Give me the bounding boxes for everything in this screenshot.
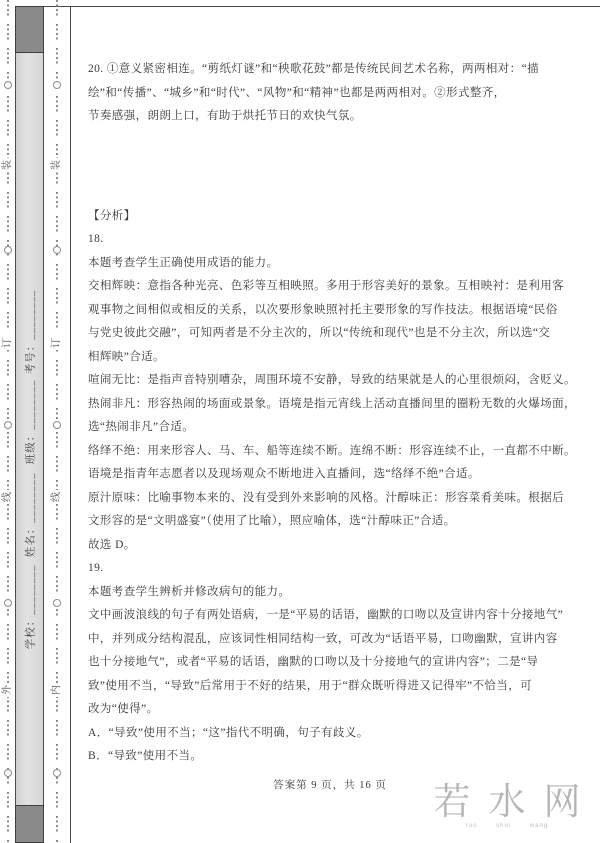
text-line: 本题考查学生正确使用成语的能力。 [88, 252, 572, 276]
text-line: 20. ①意义紧密相连。“剪纸灯谜”和“秧歌花鼓”都是传统民间艺术名称，两两相对… [88, 58, 572, 82]
binding-line-char: 装 [2, 158, 14, 172]
binding-line-circle [4, 421, 12, 429]
text-line: 18. [88, 228, 572, 252]
paragraph: 本题考查学生辨析并修改病句的能力。 [88, 581, 572, 605]
text-line: 改为“使得”。 [88, 698, 572, 722]
text-line: 节奏感强，朗朗上口，有助于烘托节日的欢快气氛。 [88, 105, 572, 129]
text-line: 文中画波浪线的句子有两处语病，一是“平易的话语，幽默的口吻以及宣讲内容十分接地气… [88, 604, 572, 628]
answer-sheet-page: { "margin": { "spine_labels": [ "考号：____… [0, 0, 600, 843]
text-line: 文形容的是“文明盛宴”（使用了比喻），照应喻体，选“汁醇味正”合适。 [88, 510, 572, 534]
binding-line-circle [53, 421, 61, 429]
paragraph: 19. [88, 557, 572, 581]
binding-line-char: 订 [2, 336, 14, 350]
binding-line-circle [4, 599, 12, 607]
paragraph: 文中画波浪线的句子有两处语病，一是“平易的话语，幽默的口吻以及宣讲内容十分接地气… [88, 604, 572, 722]
binding-line-circle [53, 599, 61, 607]
text-line: 选“热闹非凡”合适。 [88, 416, 572, 440]
text-line: 热闹非凡：形容热闹的场面或景象。语境是指元宵线上活动直播间里的圈粉无数的火爆场面… [88, 393, 572, 417]
paragraph: 热闹非凡：形容热闹的场面或景象。语境是指元宵线上活动直播间里的圈粉无数的火爆场面… [88, 393, 572, 440]
text-line: 【分析】 [88, 205, 572, 229]
text-line: A．“导致”使用不当；“这”指代不明确，句子有歧义。 [88, 722, 572, 746]
page-number: 答案第 9 页，共 16 页 [88, 777, 572, 792]
text-line: 也十分接地气”，或者“平易的话语，幽默的口吻以及十分接地气的宣讲内容”；二是“导 [88, 651, 572, 675]
binding-line-char: 外 [2, 683, 14, 697]
paragraph: 络绎不绝：用来形容人、马、车、船等连续不断。连绵不断：形容连续不止，一直都不中断… [88, 440, 572, 487]
paragraph: 【分析】 [88, 205, 572, 229]
binding-spine: 考号：________班级：________姓名：________学校：____… [15, 6, 44, 843]
text-line: 交相辉映：意指各种光亮、色彩等互相映照。多用于形容美好的景象。互相映衬：是利用客 [88, 275, 572, 299]
text-line: 相辉映”合适。 [88, 346, 572, 370]
binding-line-inner: 装订线内 [56, 0, 58, 843]
binding-line-char: 订 [51, 336, 63, 350]
binding-line-circle [53, 246, 61, 254]
spine-top-block [15, 6, 44, 53]
binding-line-circle [4, 246, 12, 254]
text-line: 中，并列成分结构混乱，应该词性相同结构一致，可改为“话语平易，口吻幽默，宣讲内容 [88, 628, 572, 652]
text-line: 喧闹无比：是指声音特别嘈杂，周围环境不安静，导致的结果就是人的心里很烦闷，含贬义… [88, 369, 572, 393]
paragraph: 交相辉映：意指各种光亮、色彩等互相映照。多用于形容美好的景象。互相映衬：是利用客… [88, 275, 572, 369]
text-line: 络绎不绝：用来形容人、马、车、船等连续不断。连绵不断：形容连续不止，一直都不中断… [88, 440, 572, 464]
paragraph: 18. [88, 228, 572, 252]
binding-line-char: 线 [51, 490, 63, 504]
text-line: 绘”和“传播”、“城乡”和“时代”、“风物”和“精神”也都是两两相对。②形式整齐… [88, 82, 572, 106]
text-line: 观事物之间相似或相反的关系，以次要形象映照衬托主要形象的写作技法。根据语境“民俗 [88, 299, 572, 323]
text-line: 与党史彼此交融”，可知两者是不分主次的，所以“传统和现代”也是不分主次，所以选“… [88, 322, 572, 346]
paragraph: 故选 D。 [88, 534, 572, 558]
paragraph: 20. ①意义紧密相连。“剪纸灯谜”和“秧歌花鼓”都是传统民间艺术名称，两两相对… [88, 58, 572, 129]
paragraph: 喧闹无比：是指声音特别嘈杂，周围环境不安静，导致的结果就是人的心里很烦闷，含贬义… [88, 369, 572, 393]
paragraph: 原汁原味：比喻事物本来的、没有受到外来影响的风格。汁醇味正：形容菜肴美味。根据后… [88, 487, 572, 534]
binding-line-circle [4, 81, 12, 89]
text-line: 19. [88, 557, 572, 581]
binding-line-outer: 装订线外 [7, 0, 9, 843]
binding-line-char: 内 [51, 683, 63, 697]
text-line: 故选 D。 [88, 534, 572, 558]
spine-bottom-block [15, 805, 44, 843]
paragraph: B．“导致”使用不当。 [88, 745, 572, 769]
text-line: 本题考查学生辨析并修改病句的能力。 [88, 581, 572, 605]
binding-line-circle [53, 81, 61, 89]
text-line: 语境是指青年志愿者以及现场观众不断地进入直播间，选“络绎不绝”合适。 [88, 463, 572, 487]
paragraph: 本题考查学生正确使用成语的能力。 [88, 252, 572, 276]
binding-line-char: 线 [2, 490, 14, 504]
spine-label: 班级：________ [22, 380, 37, 465]
spine-label: 学校：________ [22, 565, 37, 650]
binding-line-circle [53, 769, 61, 777]
binding-line-circle [4, 769, 12, 777]
text-line: B．“导致”使用不当。 [88, 745, 572, 769]
spine-label: 考号：________ [22, 290, 37, 375]
spine-label: 姓名：________ [22, 473, 37, 558]
binding-line-char: 装 [51, 158, 63, 172]
paragraph: A．“导致”使用不当；“这”指代不明确，句子有歧义。 [88, 722, 572, 746]
text-line: 致”使用不当，“导致”后常用于不好的结果，用于“群众既听得进又记得牢”不恰当，可 [88, 675, 572, 699]
text-line: 原汁原味：比喻事物本来的、没有受到外来影响的风格。汁醇味正：形容菜肴美味。根据后 [88, 487, 572, 511]
answer-content: 20. ①意义紧密相连。“剪纸灯谜”和“秧歌花鼓”都是传统民间艺术名称，两两相对… [71, 6, 600, 843]
